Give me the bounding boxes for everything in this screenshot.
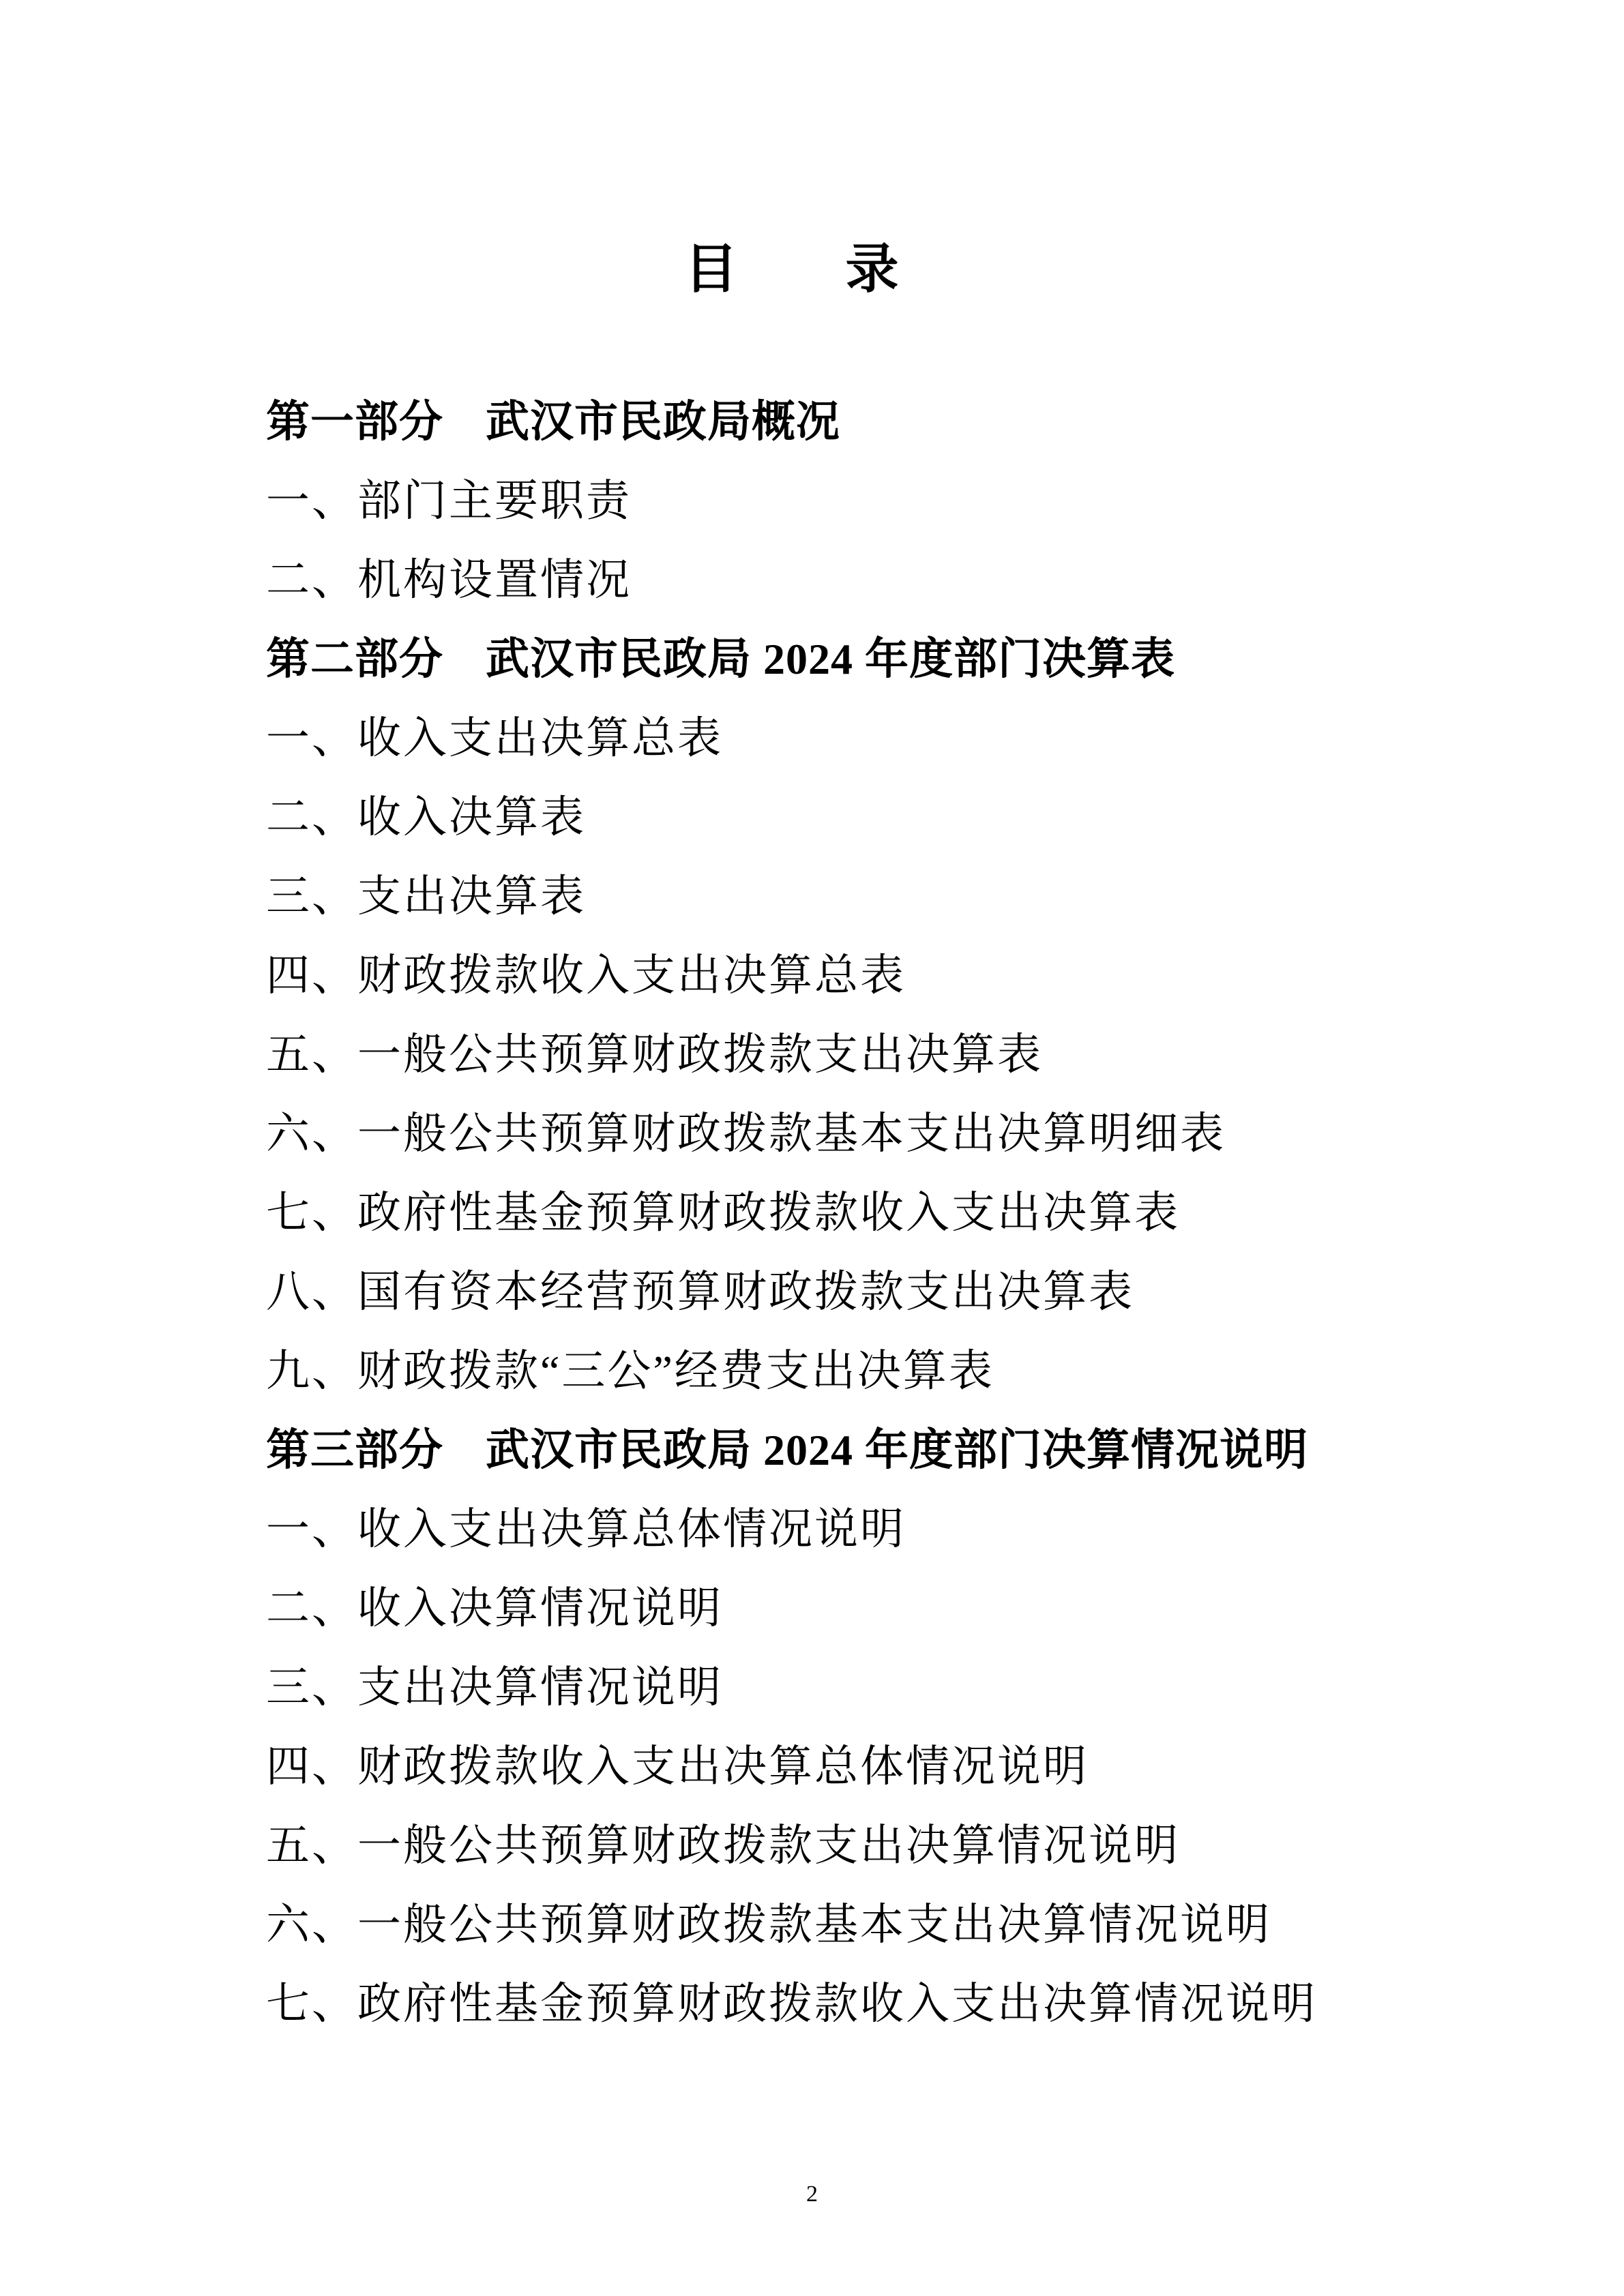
toc-item: 三、支出决算情况说明 <box>266 1644 1542 1723</box>
toc-part-heading: 第三部分武汉市民政局 2024 年度部门决算情况说明 <box>266 1407 1542 1486</box>
part-gap-spacer <box>443 418 486 419</box>
part-number-label: 第一部分 <box>266 387 443 449</box>
toc-item: 二、收入决算表 <box>266 774 1542 853</box>
page-number: 2 <box>0 2181 1624 2209</box>
toc-title: 目 录 <box>0 240 1604 299</box>
part-gap-spacer <box>443 655 486 656</box>
toc-item: 二、收入决算情况说明 <box>266 1565 1542 1644</box>
toc-item: 七、政府性基金预算财政拨款收入支出决算表 <box>266 1169 1542 1249</box>
toc-item: 一、部门主要职责 <box>266 458 1542 537</box>
toc-item: 三、支出决算表 <box>266 853 1542 932</box>
document-page: 目 录 第一部分武汉市民政局概况一、部门主要职责二、机构设置情况第二部分武汉市民… <box>0 0 1624 2296</box>
toc-item: 五、一般公共预算财政拨款支出决算情况说明 <box>266 1802 1542 1881</box>
part-title: 武汉市民政局 2024 年度部门决算情况说明 <box>486 1415 1308 1478</box>
toc-list: 第一部分武汉市民政局概况一、部门主要职责二、机构设置情况第二部分武汉市民政局 2… <box>266 378 1542 2040</box>
toc-title-char-2: 录 <box>846 240 899 299</box>
toc-item: 四、财政拨款收入支出决算总体情况说明 <box>266 1723 1542 1802</box>
toc-title-char-1: 目 <box>684 240 737 299</box>
toc-item: 六、一般公共预算财政拨款基本支出决算情况说明 <box>266 1881 1542 1960</box>
toc-item: 一、收入支出决算总体情况说明 <box>266 1486 1542 1565</box>
part-number-label: 第三部分 <box>266 1415 443 1478</box>
toc-item: 八、国有资本经营预算财政拨款支出决算表 <box>266 1249 1542 1328</box>
toc-item: 二、机构设置情况 <box>266 537 1542 616</box>
part-number-label: 第二部分 <box>266 624 443 687</box>
toc-item: 一、收入支出决算总表 <box>266 695 1542 774</box>
toc-part-heading: 第二部分武汉市民政局 2024 年度部门决算表 <box>266 616 1542 695</box>
toc-item: 五、一般公共预算财政拨款支出决算表 <box>266 1011 1542 1090</box>
toc-part-heading: 第一部分武汉市民政局概况 <box>266 378 1542 458</box>
toc-item: 七、政府性基金预算财政拨款收入支出决算情况说明 <box>266 1960 1542 2040</box>
toc-item: 六、一般公共预算财政拨款基本支出决算明细表 <box>266 1090 1542 1169</box>
toc-item: 九、财政拨款“三公”经费支出决算表 <box>266 1328 1542 1407</box>
part-title: 武汉市民政局概况 <box>486 387 840 449</box>
part-title: 武汉市民政局 2024 年度部门决算表 <box>486 624 1175 687</box>
part-gap-spacer <box>443 1446 486 1447</box>
toc-item: 四、财政拨款收入支出决算总表 <box>266 932 1542 1011</box>
